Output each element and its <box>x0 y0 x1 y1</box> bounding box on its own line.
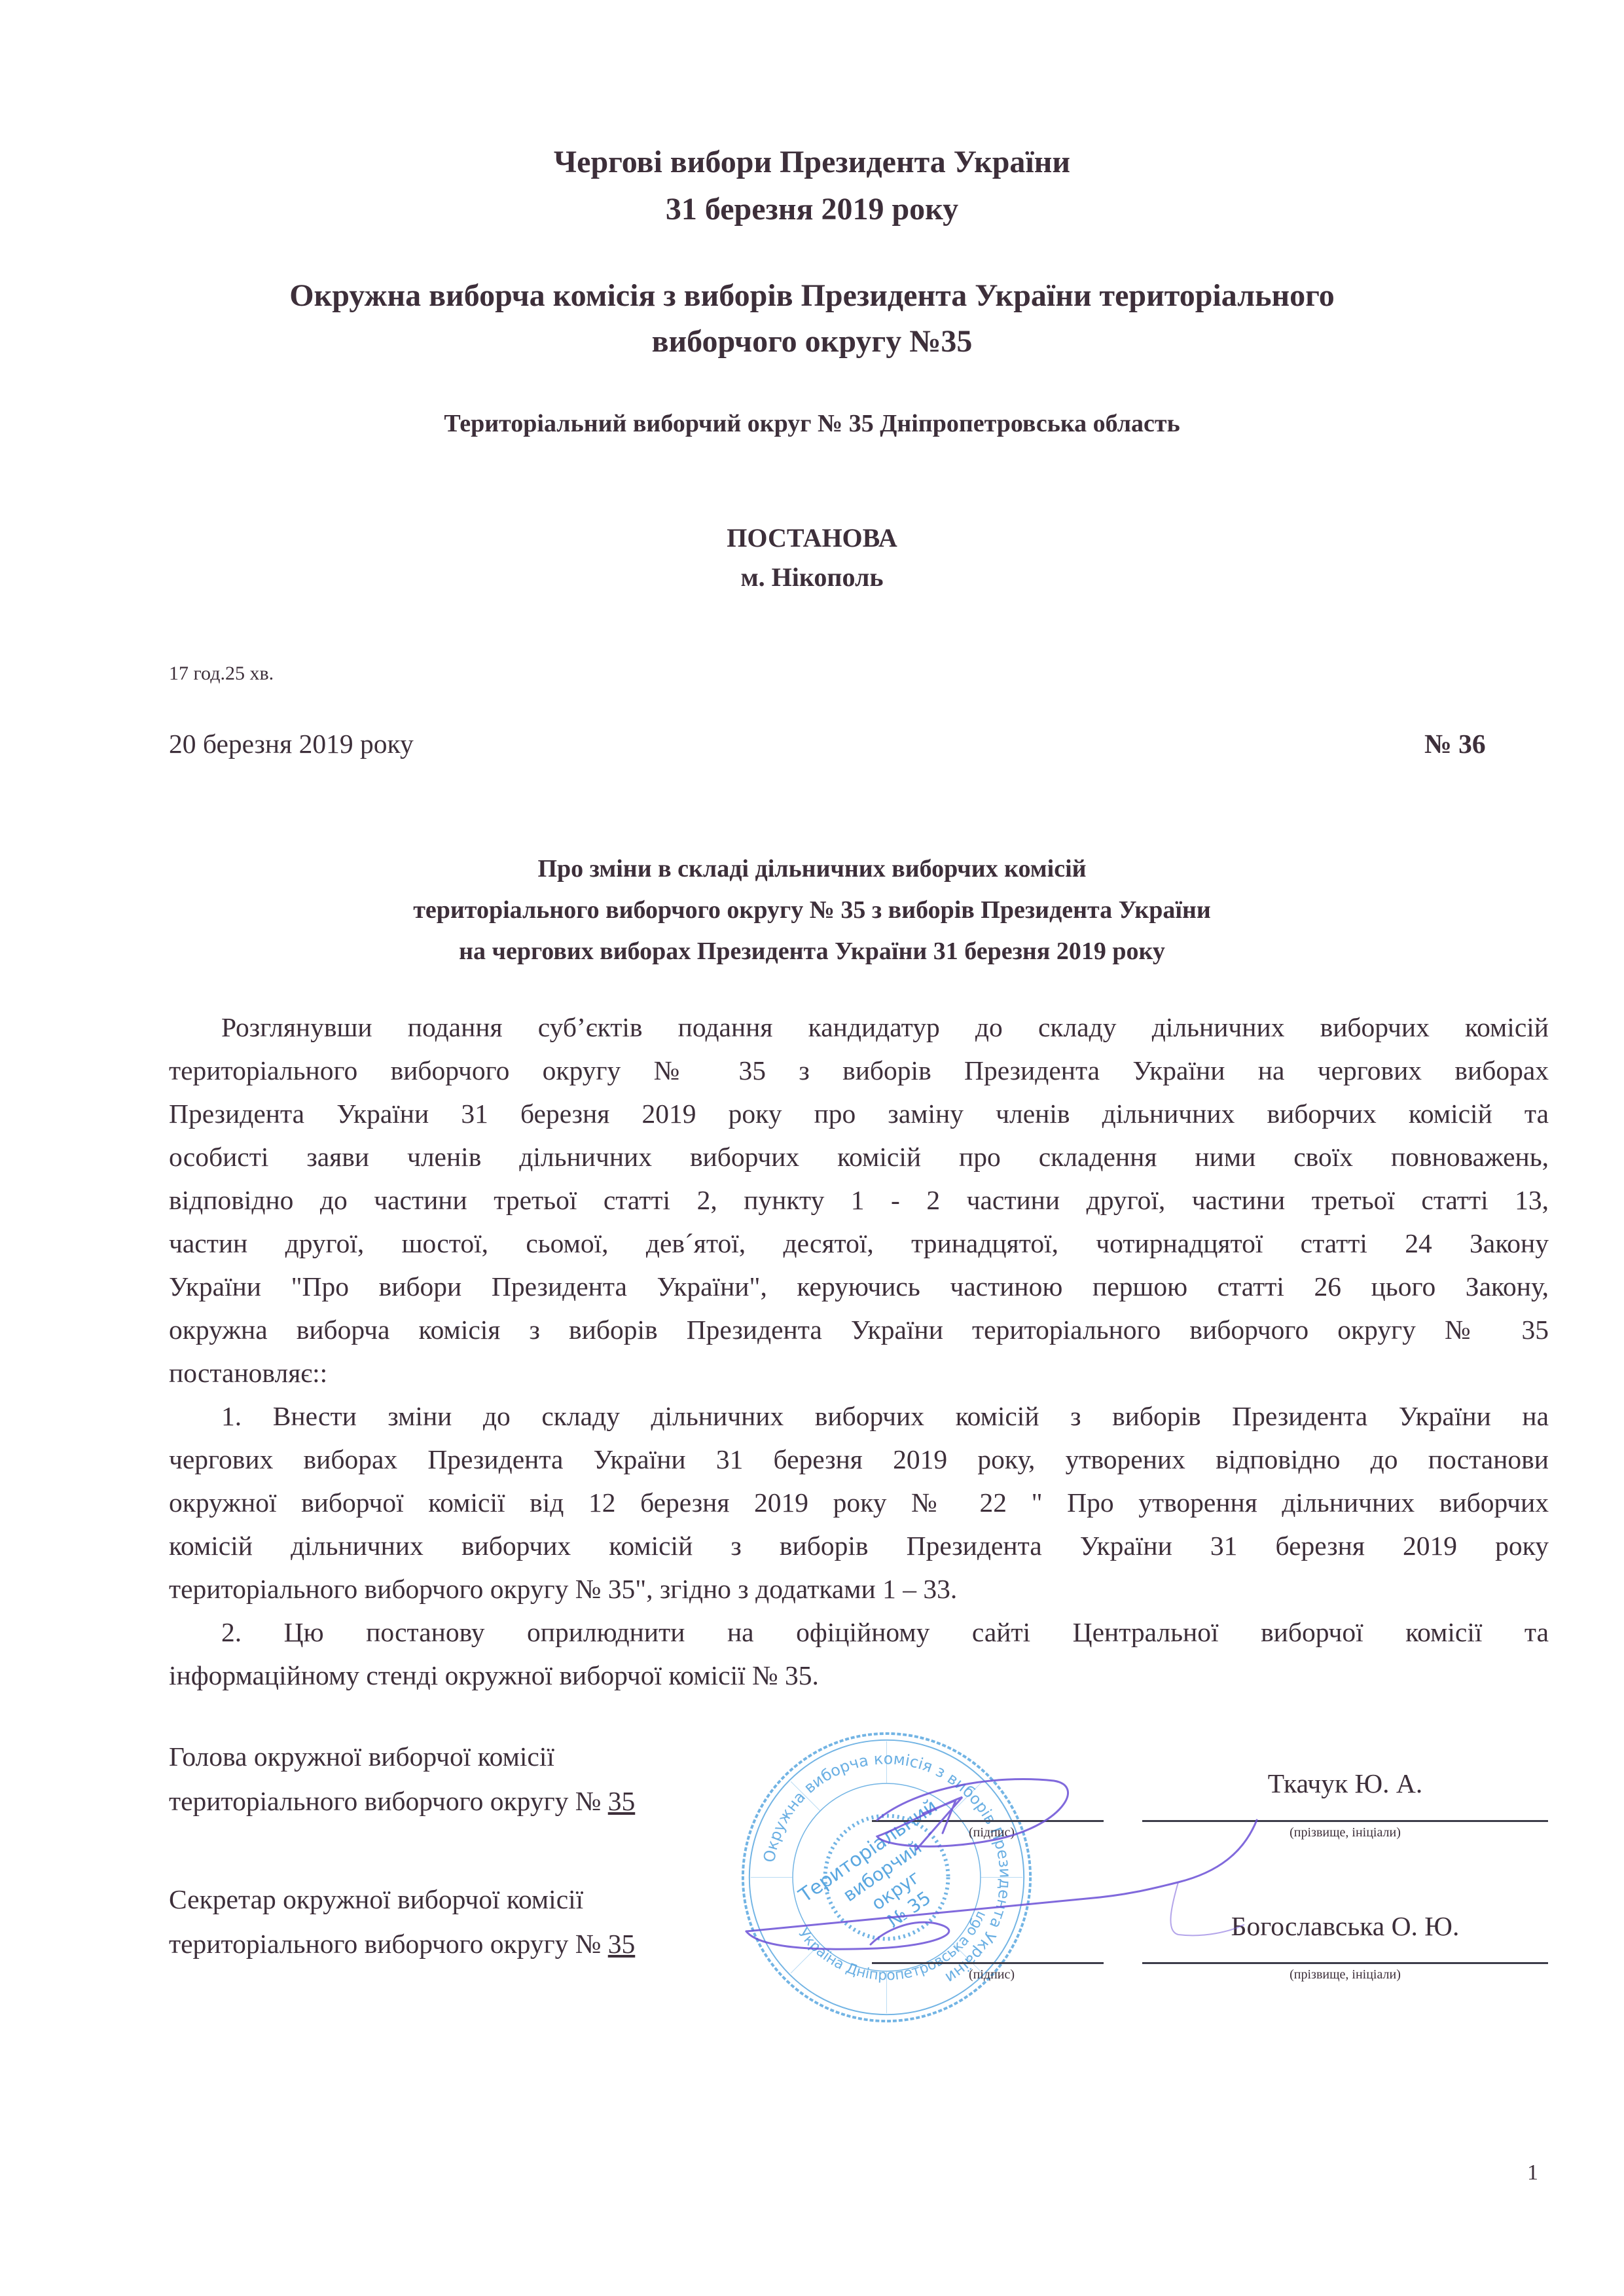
subject-line3: на чергових виборах Президента України 3… <box>0 935 1624 968</box>
chair-signature-caption: (підпис) <box>943 1825 1041 1840</box>
item2-line: інформаційному стенді окружної виборчої … <box>169 1654 1549 1697</box>
commission-title-line1: Окружна виборча комісія з виборів Презид… <box>0 276 1624 316</box>
document-page: Чергові вибори Президента України 31 бер… <box>0 0 1624 2296</box>
page-number: 1 <box>1527 2160 1538 2185</box>
item1-line: територіального виборчого округу № 35", … <box>169 1567 1549 1611</box>
secretary-signature-caption: (підпис) <box>943 1967 1041 1982</box>
secretary-district-number: 35 <box>608 1929 636 1959</box>
subject-line2: територіального виборчого округу № 35 з … <box>0 894 1624 926</box>
preamble-line: Розглянувши подання суб’єктів подання ка… <box>169 1006 1549 1049</box>
chair-role-line2: територіального виборчого округу № 35 <box>169 1782 635 1820</box>
commission-title-line2: виборчого округу №35 <box>0 322 1624 361</box>
item1-line: комісій дільничних виборчих комісій з ви… <box>169 1524 1549 1567</box>
chair-role-prefix: територіального виборчого округу № <box>169 1786 608 1816</box>
chair-name-line <box>1142 1820 1548 1822</box>
preamble-line: України "Про вибори Президента України",… <box>169 1265 1549 1308</box>
time-stamp: 17 год.25 хв. <box>169 663 274 685</box>
chair-name-caption: (прізвище, ініціали) <box>1142 1825 1548 1840</box>
chair-name: Ткачук Ю. А. <box>1142 1768 1548 1799</box>
secretary-role-line1: Секретар окружної виборчої комісії <box>169 1880 583 1918</box>
secretary-name-line <box>1142 1962 1548 1964</box>
document-number: № 36 <box>1424 728 1486 759</box>
item1-line: 1. Внести зміни до складу дільничних виб… <box>169 1394 1549 1438</box>
subject-line1: Про зміни в складі дільничних виборчих к… <box>0 852 1624 885</box>
secretary-role-line2: територіального виборчого округу № 35 <box>169 1925 635 1963</box>
chair-role-line1: Голова окружної виборчої комісії <box>169 1738 554 1776</box>
secretary-signature-line <box>872 1962 1104 1964</box>
preamble-line: Президента України 31 березня 2019 року … <box>169 1092 1549 1135</box>
secretary-name-caption: (прізвище, ініціали) <box>1142 1967 1548 1982</box>
city: м. Нікополь <box>0 558 1624 597</box>
item1-line: чергових виборах Президента України 31 б… <box>169 1438 1549 1481</box>
resolution-item-1: 1. Внести зміни до складу дільничних виб… <box>169 1394 1549 1611</box>
preamble-line: територіального виборчого округу № 35 з … <box>169 1049 1549 1092</box>
chair-district-number: 35 <box>608 1786 636 1816</box>
district-name: Територіальний виборчий округ № 35 Дніпр… <box>0 407 1624 440</box>
chair-signature-line <box>872 1820 1104 1822</box>
document-type: ПОСТАНОВА <box>0 519 1624 558</box>
preamble-line: особисті заяви членів дільничних виборчи… <box>169 1135 1549 1178</box>
preamble-line: відповідно до частини третьої статті 2, … <box>169 1178 1549 1222</box>
document-date: 20 березня 2019 року <box>169 728 414 759</box>
resolution-item-2: 2. Цю постанову оприлюднити на офіційном… <box>169 1611 1549 1697</box>
preamble-line: частин другої, шостої, сьомої, дев´ятої,… <box>169 1222 1549 1265</box>
preamble-line: постановляє:: <box>169 1351 1549 1394</box>
secretary-role-prefix: територіального виборчого округу № <box>169 1929 608 1959</box>
item2-line: 2. Цю постанову оприлюднити на офіційном… <box>169 1611 1549 1654</box>
secretary-name: Богославська О. Ю. <box>1142 1910 1548 1942</box>
item1-line: окружної виборчої комісії від 12 березня… <box>169 1481 1549 1524</box>
election-date: 31 березня 2019 року <box>0 190 1624 229</box>
preamble-paragraph: Розглянувши подання суб’єктів подання ка… <box>169 1006 1549 1394</box>
preamble-line: окружна виборча комісія з виборів Презид… <box>169 1308 1549 1351</box>
election-title: Чергові вибори Президента України <box>0 143 1624 182</box>
